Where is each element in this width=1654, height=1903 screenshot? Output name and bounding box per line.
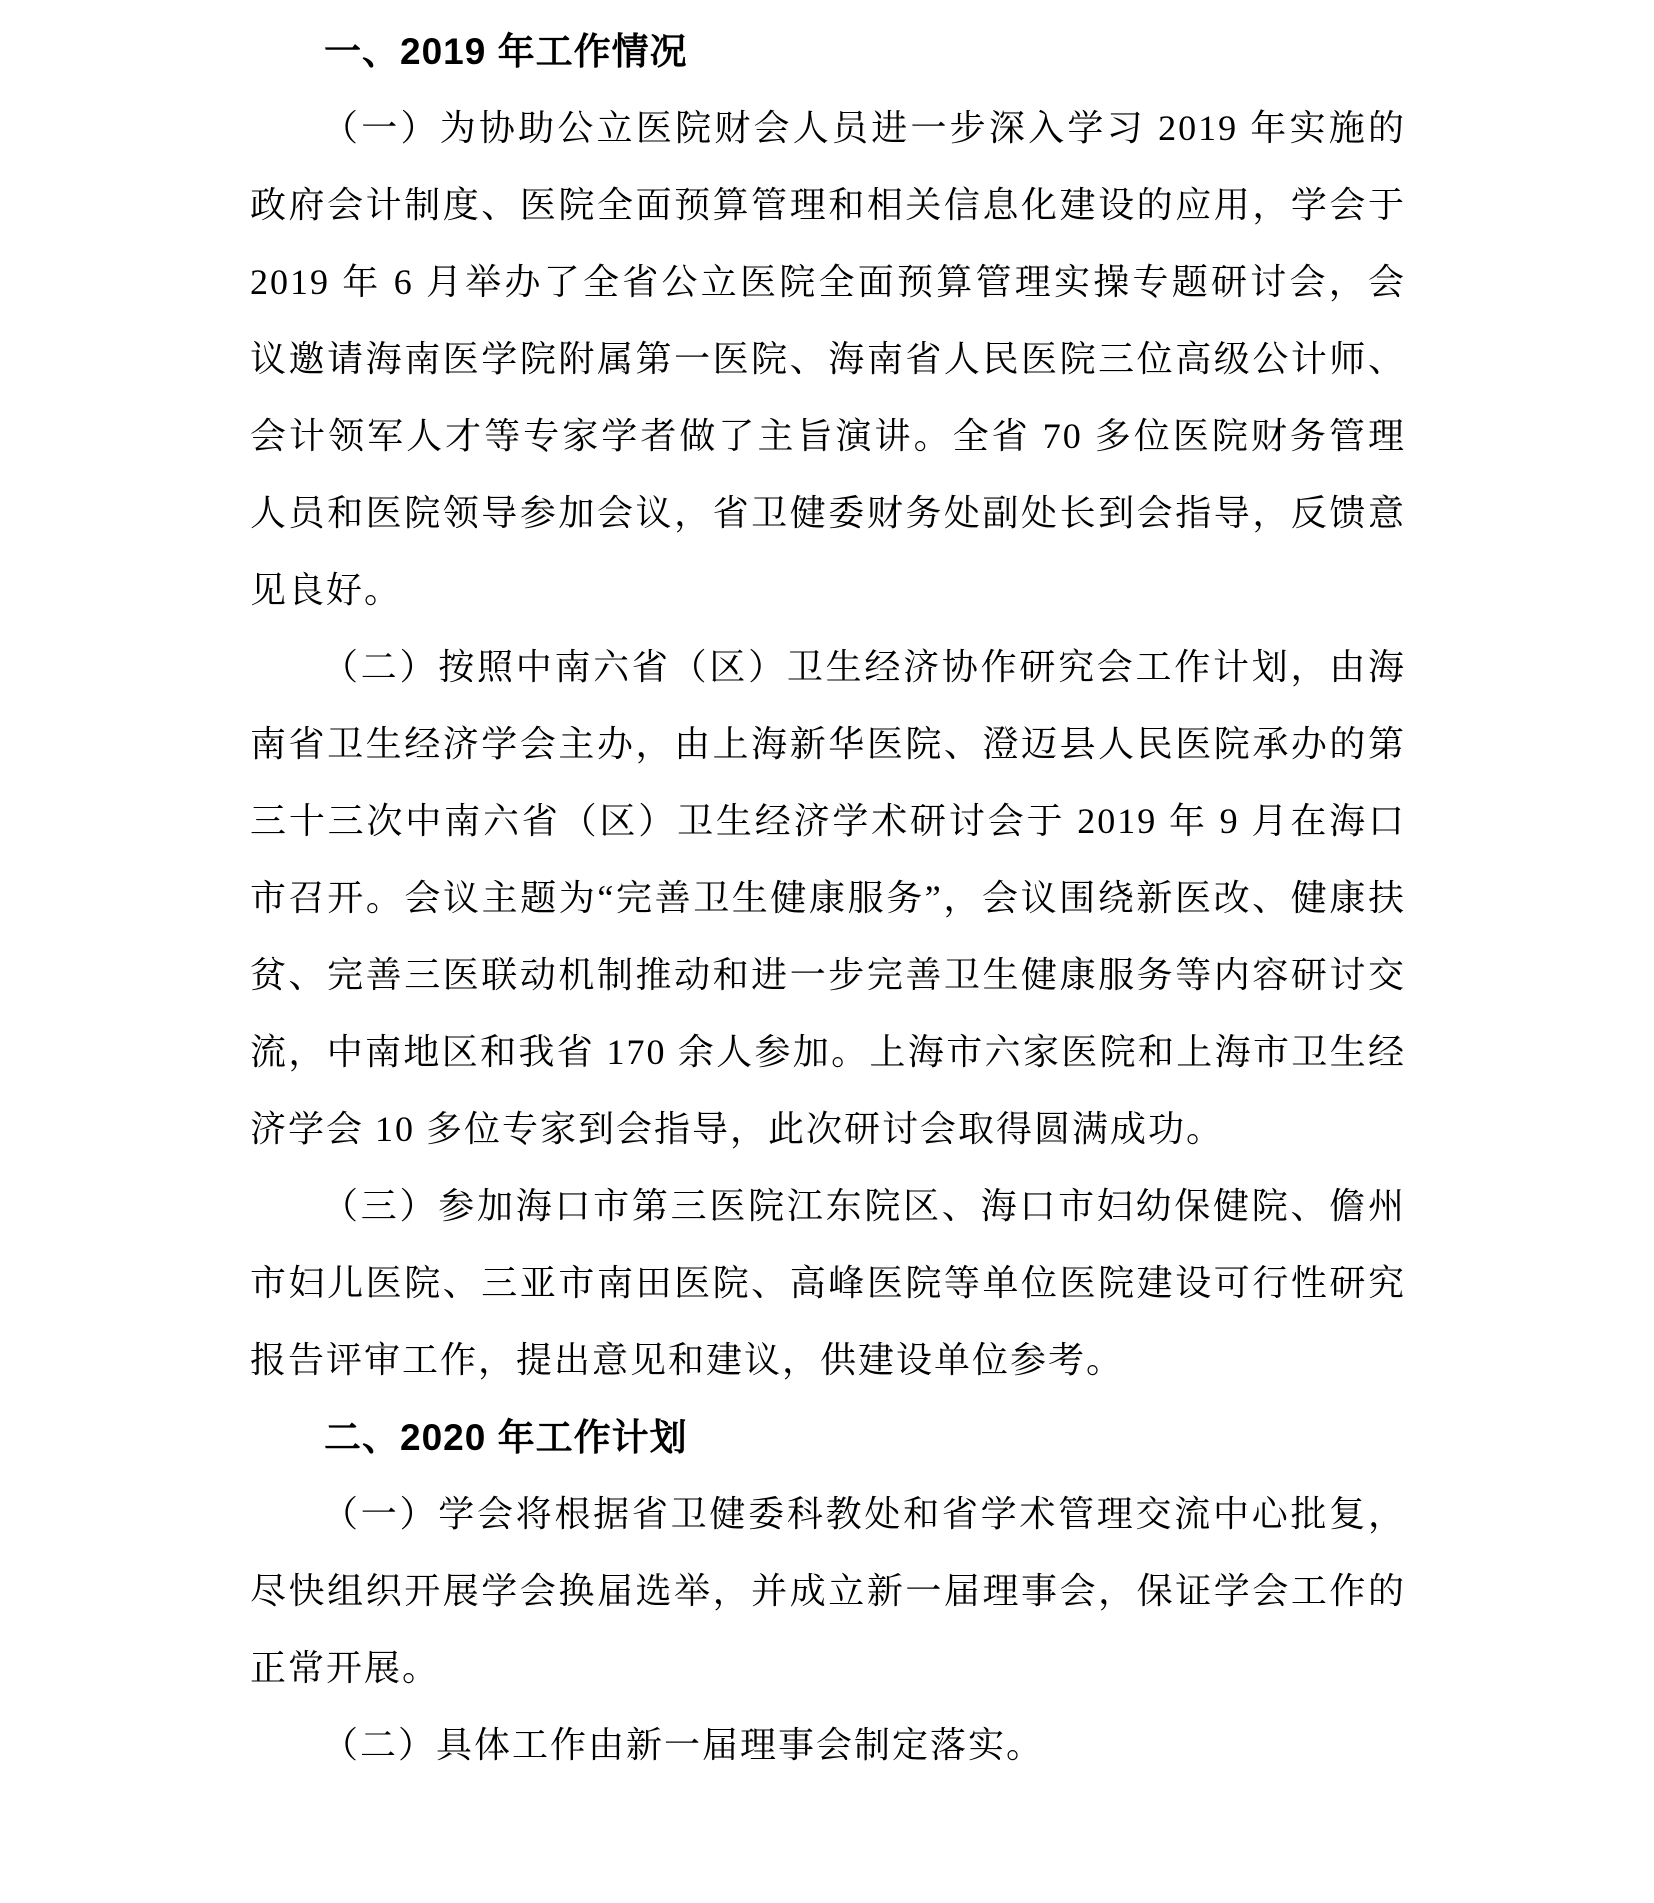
section-heading-2020-work-plan: 二、2020 年工作计划	[250, 1399, 1406, 1476]
document-page: 一、2019 年工作情况 （一）为协助公立医院财会人员进一步深入学习 2019 …	[0, 0, 1654, 1903]
paragraph-2020-item-1: （一）学会将根据省卫健委科教处和省学术管理交流中心批复，尽快组织开展学会换届选举…	[250, 1476, 1406, 1707]
paragraph-2020-item-2: （二）具体工作由新一届理事会制定落实。	[250, 1707, 1406, 1784]
paragraph-2019-item-3: （三）参加海口市第三医院江东院区、海口市妇幼保健院、儋州市妇儿医院、三亚市南田医…	[250, 1168, 1406, 1399]
paragraph-2019-item-2: （二）按照中南六省（区）卫生经济协作研究会工作计划，由海南省卫生经济学会主办，由…	[250, 629, 1406, 1168]
section-heading-2019-work-report: 一、2019 年工作情况	[250, 13, 1406, 90]
paragraph-2019-item-1: （一）为协助公立医院财会人员进一步深入学习 2019 年实施的政府会计制度、医院…	[250, 90, 1406, 629]
